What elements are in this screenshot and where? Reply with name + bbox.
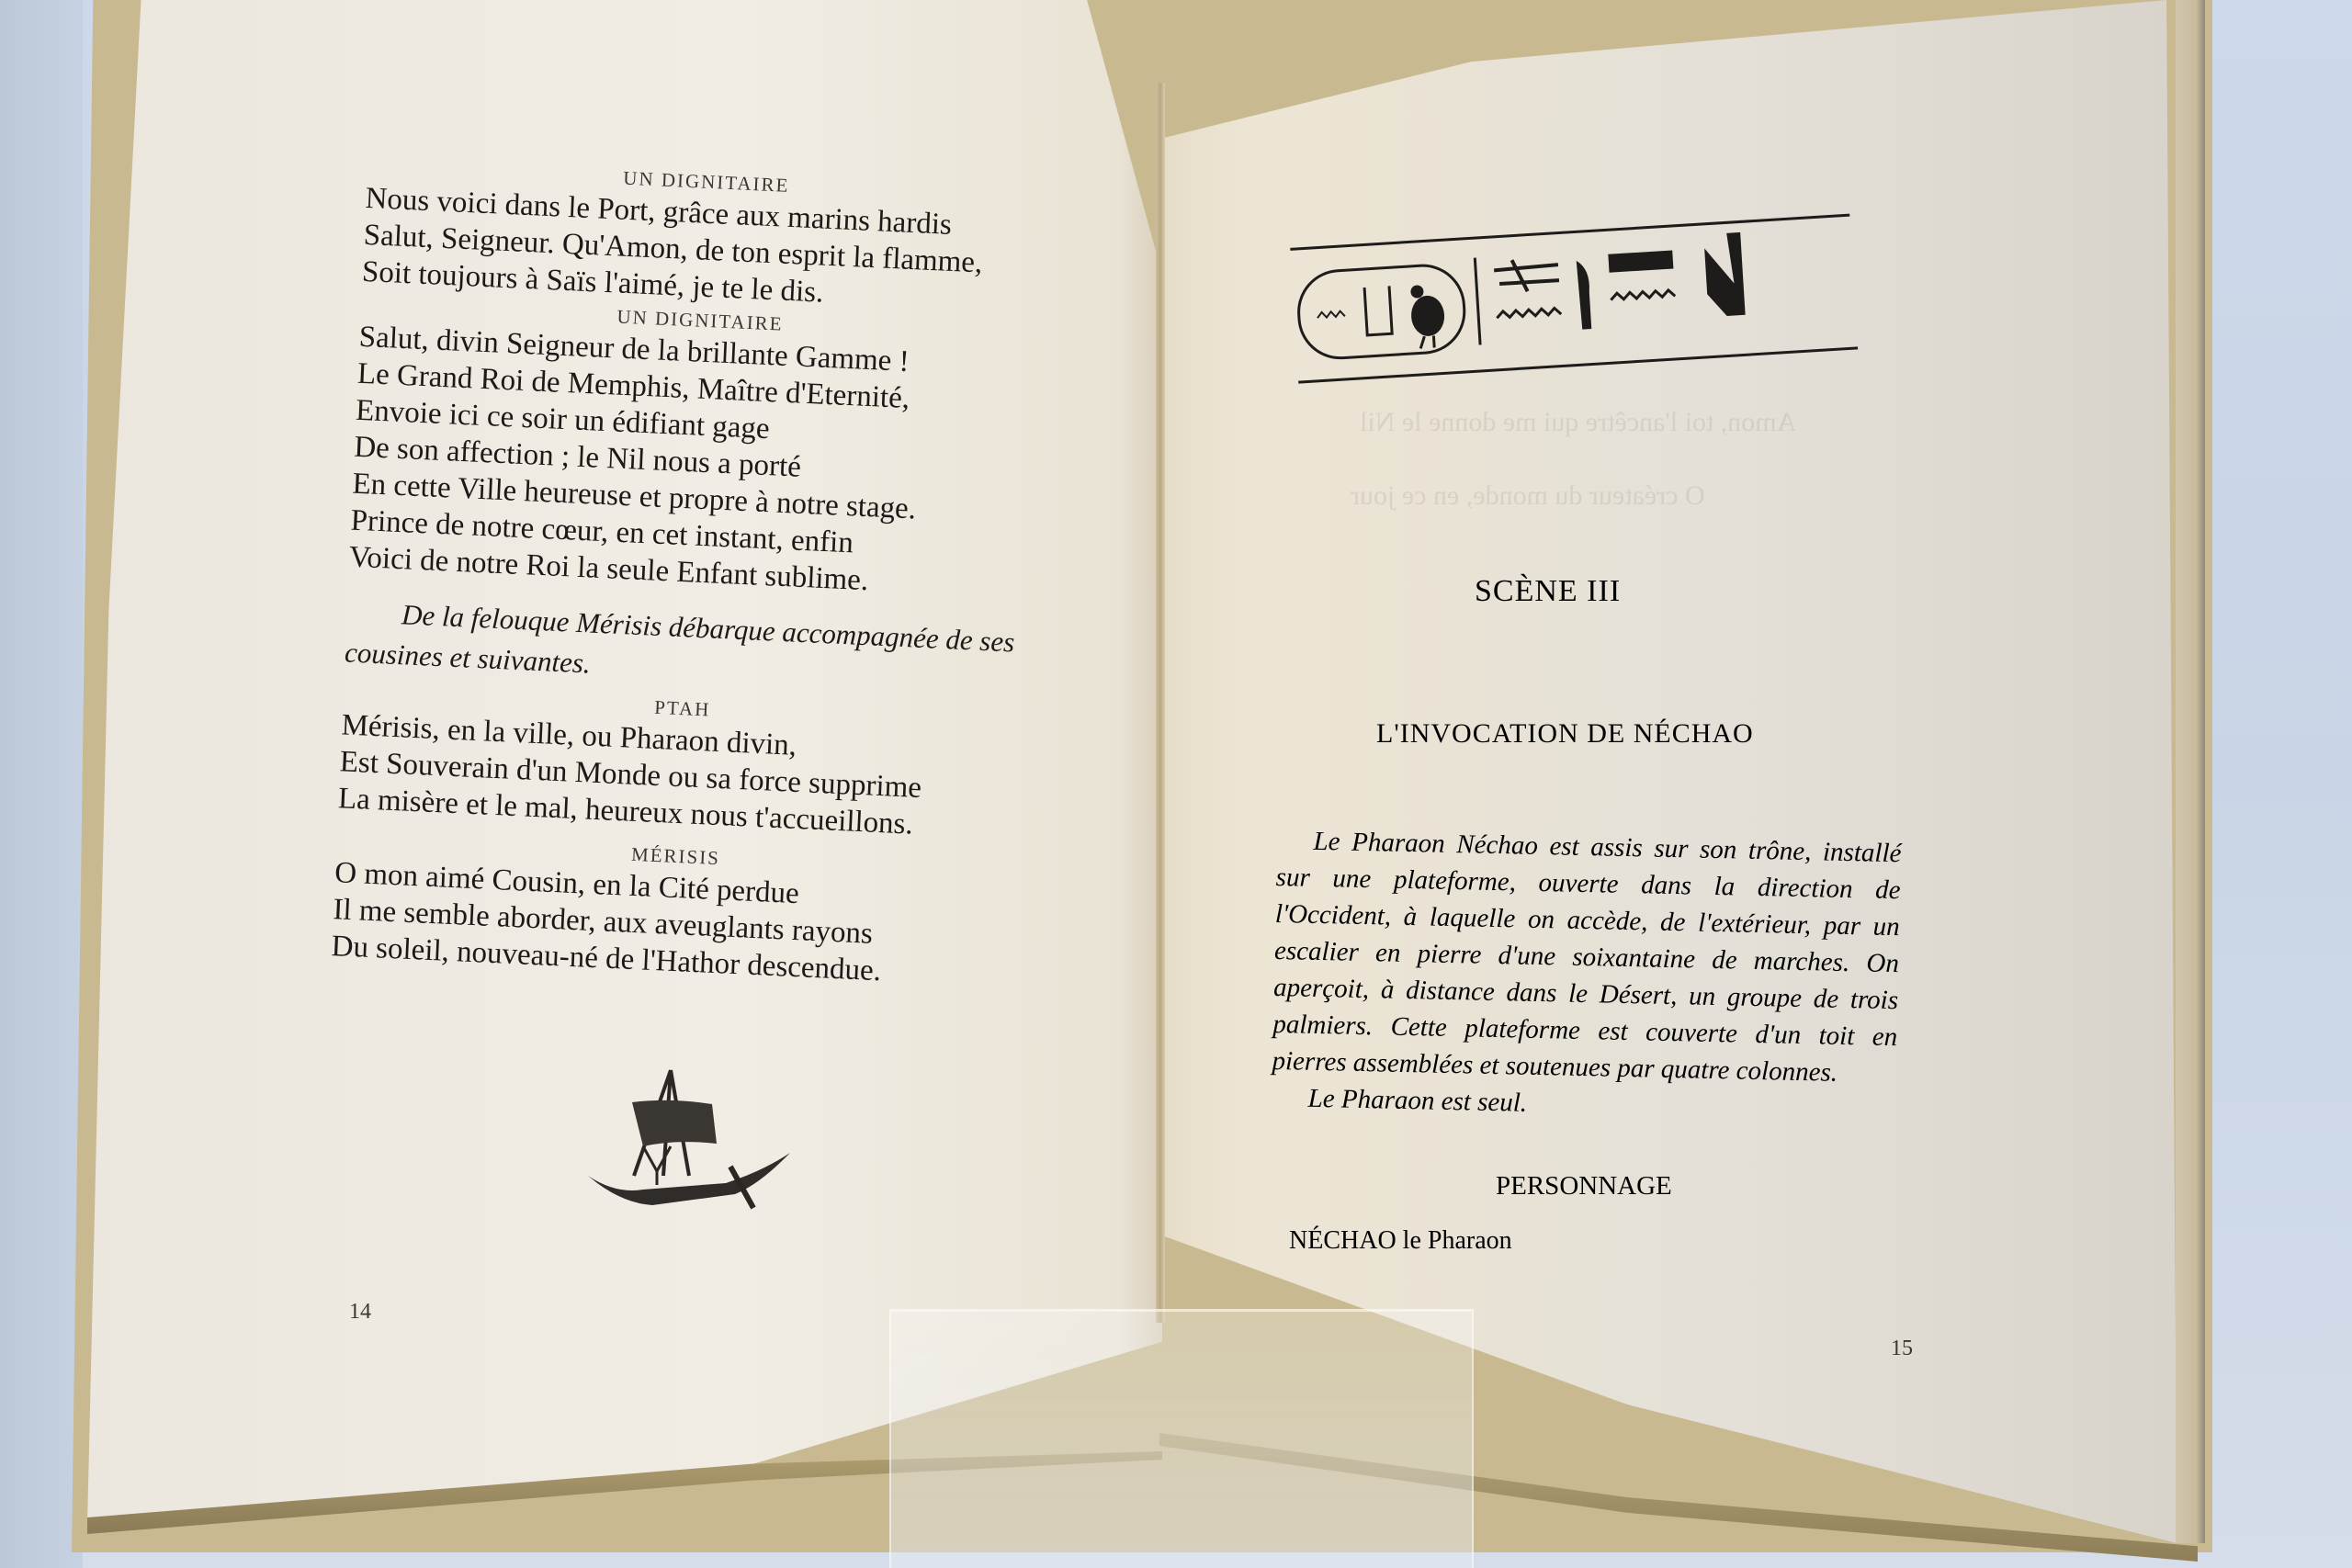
show-through-text: O créateur du monde, en ce jour [1351,478,1705,514]
show-through-text: Amon, toi l'ancêtre qui me donne le Nil [1360,404,1796,441]
description-text: Le Pharaon Néchao est assis sur son trôn… [1272,822,1902,1092]
scene-subtitle: L'INVOCATION DE NÉCHAO [1376,718,1754,750]
book-stand [889,1309,1474,1568]
scene-description: Le Pharaon Néchao est assis sur son trôn… [1271,822,1902,1129]
right-page-edge [2176,0,2205,1543]
characters-heading: PERSONNAGE [1496,1171,1672,1201]
left-page-text: UN DIGNITAIRE Nous voici dans le Port, g… [331,152,1046,996]
page-number-right: 15 [1891,1337,1913,1361]
ship-icon [579,1066,799,1222]
character-entry: NÉCHAO le Pharaon [1289,1226,1512,1256]
page-number-left: 14 [349,1300,371,1325]
hieroglyph-cartouche [1286,149,1868,394]
book-gutter [1156,83,1165,1323]
scene-title: SCÈNE III [1475,574,1621,609]
background-left [0,0,83,1568]
